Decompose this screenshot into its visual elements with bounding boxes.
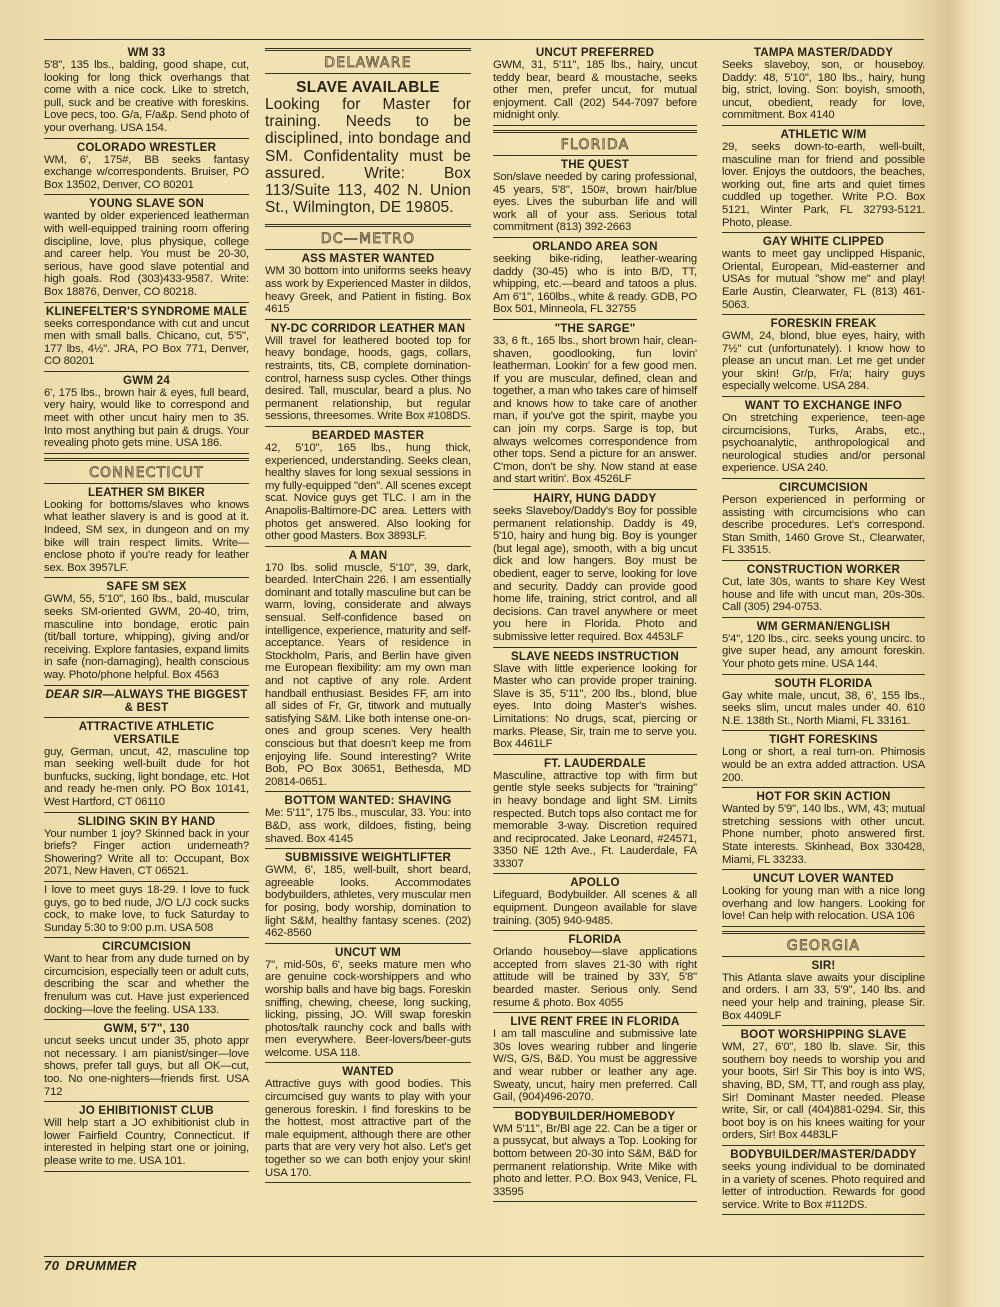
ad-body: Gay white male, uncut, 38, 6', 155 lbs.,… xyxy=(722,690,925,728)
column-1: WM 335'8", 135 lbs., balding, good shape… xyxy=(44,44,249,1172)
state-name: CONNECTICUT xyxy=(89,465,204,481)
top-rule xyxy=(44,39,924,40)
ad-title: GWM 24 xyxy=(44,374,249,387)
ad-body: GWM, 24, blond, blue eyes, hairy, with 7… xyxy=(722,330,925,393)
ad-body: Orlando houseboy—slave applications acce… xyxy=(493,946,697,1009)
ad-title: LEATHER SM BIKER xyxy=(44,486,249,499)
state-name: DC—METRO xyxy=(321,231,415,247)
classified-ad: FLORIDAOrlando houseboy—slave applicatio… xyxy=(493,931,697,1013)
ad-body: 5'4", 120 lbs., circ. seeks young uncirc… xyxy=(722,633,925,671)
classified-ad: "THE SARGE"33, 6 ft., 165 lbs., short br… xyxy=(493,320,697,490)
ad-title: HOT FOR SKIN ACTION xyxy=(722,790,925,803)
ad-body: wants to meet gay unclipped Hispanic, Or… xyxy=(722,248,925,311)
classified-ad: SUBMISSIVE WEIGHTLIFTERGWM, 6', 185, wel… xyxy=(265,849,471,944)
ad-title: GAY WHITE CLIPPED xyxy=(722,235,925,248)
ad-title-italic: DEAR SIR xyxy=(45,688,102,701)
classified-ad: UNCUT PREFERREDGWM, 31, 5'11", 185 lbs.,… xyxy=(493,44,697,126)
ad-title: FLORIDA xyxy=(493,933,697,946)
ad-body: seeking bike-riding, leather-wearing dad… xyxy=(493,253,697,316)
classified-ad: A MAN170 lbs. solid muscle, 5'10", 39, d… xyxy=(265,547,471,793)
ad-body: Person experienced in performing or assi… xyxy=(722,494,925,557)
ad-body: Looking for bottoms/slaves who knows wha… xyxy=(44,499,249,575)
ad-title: SUBMISSIVE WEIGHTLIFTER xyxy=(265,851,471,864)
classified-ad: UNCUT WM7", mid-50s, 6', seeks mature me… xyxy=(265,944,471,1064)
ad-body: seeks Slaveboy/Daddy's Boy for possible … xyxy=(493,505,697,644)
ad-body: Me: 5'11", 175 lbs., muscular, 33. You: … xyxy=(265,807,471,845)
ad-body: 7", mid-50s, 6', seeks mature men who ar… xyxy=(265,959,471,1060)
classified-ad: GWM 246', 175 lbs., brown hair & eyes, f… xyxy=(44,372,249,454)
ad-title: SIR! xyxy=(722,959,925,972)
ad-body: Cut, late 30s, wants to share Key West h… xyxy=(722,576,925,614)
state-name: GEORGIA xyxy=(787,938,860,954)
ad-title-rest: —ALWAYS THE BIGGEST & BEST xyxy=(102,688,247,714)
ad-title: ORLANDO AREA SON xyxy=(493,240,697,253)
ad-title: THE QUEST xyxy=(493,158,697,171)
classified-ad: I love to meet guys 18-29. I love to fuc… xyxy=(44,882,249,938)
featured-ad: SLAVE AVAILABLELooking for Master for tr… xyxy=(265,74,471,220)
ad-body: I love to meet guys 18-29. I love to fuc… xyxy=(44,884,249,934)
state-name: DELAWARE xyxy=(324,55,411,71)
classified-ad: NY-DC CORRIDOR LEATHER MANWill travel fo… xyxy=(265,320,471,427)
ad-title: SOUTH FLORIDA xyxy=(722,677,925,690)
ad-title: UNCUT WM xyxy=(265,946,471,959)
classified-ad: LIVE RENT FREE IN FLORIDAI am tall mascu… xyxy=(493,1013,697,1108)
ad-title: BODYBUILDER/MASTER/DADDY xyxy=(722,1148,925,1161)
classified-ad: KLINEFELTER'S SYNDROME MALEseeks corresp… xyxy=(44,303,249,372)
magazine-page: WM 335'8", 135 lbs., balding, good shape… xyxy=(0,0,1000,1307)
ad-body: seeks young individual to be dominated i… xyxy=(722,1161,925,1211)
ad-body: Looking for young man with a nice long o… xyxy=(722,885,925,923)
ad-body: On stretching experience, teen-age circu… xyxy=(722,412,925,475)
ad-title: LIVE RENT FREE IN FLORIDA xyxy=(493,1015,697,1028)
ad-title: GWM, 5'7", 130 xyxy=(44,1022,249,1035)
footer-rule xyxy=(44,1256,924,1257)
classified-ad: HAIRY, HUNG DADDYseeks Slaveboy/Daddy's … xyxy=(493,490,697,648)
ad-title: COLORADO WRESTLER xyxy=(44,141,249,154)
state-section-header: GEORGIA xyxy=(722,931,925,957)
ad-body: Your number 1 joy? Skinned back in your … xyxy=(44,828,249,878)
ad-title: DEAR SIR—ALWAYS THE BIGGEST & BEST xyxy=(44,688,249,714)
classified-ad: TAMPA MASTER/DADDYSeeks slaveboy, son, o… xyxy=(722,44,925,126)
ad-body: WM 5'11", Br/Bl age 22. Can be a tiger o… xyxy=(493,1123,697,1199)
ad-body: Lifeguard, Bodybuilder. All scenes & all… xyxy=(493,889,697,927)
magazine-name: DRUMMER xyxy=(65,1258,136,1273)
state-section-header: CONNECTICUT xyxy=(44,458,249,484)
classified-ad: COLORADO WRESTLERWM, 6', 175#, BB seeks … xyxy=(44,139,249,196)
classified-ad: SIR!This Atlanta slave awaits your disci… xyxy=(722,957,925,1026)
ad-title: BOOT WORSHIPPING SLAVE xyxy=(722,1028,925,1041)
ad-body: 5'8", 135 lbs., balding, good shape, cut… xyxy=(44,59,249,135)
ad-title: TAMPA MASTER/DADDY xyxy=(722,46,925,59)
ad-body: Want to hear from any dude turned on by … xyxy=(44,953,249,1016)
classified-ad: BOOT WORSHIPPING SLAVEWM, 27, 6'0", 180 … xyxy=(722,1026,925,1146)
classified-ad: WANT TO EXCHANGE INFOOn stretching exper… xyxy=(722,397,925,479)
classified-ad: CIRCUMCISIONWant to hear from any dude t… xyxy=(44,938,249,1020)
ad-body: Wanted by 5'9", 140 lbs., WM, 43; mutual… xyxy=(722,803,925,866)
state-section-header: FLORIDA xyxy=(493,130,697,156)
ad-body: GWM, 55, 5'10", 160 lbs., bald, muscular… xyxy=(44,593,249,681)
classified-ad: WANTEDAttractive guys with good bodies. … xyxy=(265,1063,471,1183)
ad-title: FORESKIN FREAK xyxy=(722,317,925,330)
ad-title: TIGHT FORESKINS xyxy=(722,733,925,746)
classified-ad: ATHLETIC W/M29, seeks down-to-earth, wel… xyxy=(722,126,925,233)
ad-title: SLAVE NEEDS INSTRUCTION xyxy=(493,650,697,663)
classified-ad: HOT FOR SKIN ACTIONWanted by 5'9", 140 l… xyxy=(722,788,925,870)
classified-ad: GAY WHITE CLIPPEDwants to meet gay uncli… xyxy=(722,233,925,315)
classified-ad: YOUNG SLAVE SONwanted by older experienc… xyxy=(44,195,249,302)
ad-title: UNCUT LOVER WANTED xyxy=(722,872,925,885)
classified-ad: ORLANDO AREA SONseeking bike-riding, lea… xyxy=(493,238,697,320)
classified-ad: SLIDING SKIN BY HANDYour number 1 joy? S… xyxy=(44,813,249,882)
classified-ad: ASS MASTER WANTEDWM 30 bottom into unifo… xyxy=(265,250,471,319)
ad-body: Will help start a JO exhibitionist club … xyxy=(44,1117,249,1167)
ad-body: WM 30 bottom into uniforms seeks heavy a… xyxy=(265,265,471,315)
ad-body: Son/slave needed by caring professional,… xyxy=(493,171,697,234)
ad-body: WM, 6', 175#, BB seeks fantasy exchange … xyxy=(44,154,249,192)
ad-title: SLIDING SKIN BY HAND xyxy=(44,815,249,828)
ad-body: Masculine, attractive top with firm but … xyxy=(493,770,697,871)
ad-body: Long or short, a real turn-on. Phimosis … xyxy=(722,746,925,784)
classified-ad: BODYBUILDER/HOMEBODYWM 5'11", Br/Bl age … xyxy=(493,1108,697,1203)
ad-title: FT. LAUDERDALE xyxy=(493,757,697,770)
ad-body: 42, 5'10", 165 lbs., hung thick, experie… xyxy=(265,442,471,543)
classified-ad: UNCUT LOVER WANTEDLooking for young man … xyxy=(722,870,925,927)
ad-title: A MAN xyxy=(265,549,471,562)
ad-title: ASS MASTER WANTED xyxy=(265,252,471,265)
classified-ad: SAFE SM SEXGWM, 55, 5'10", 160 lbs., bal… xyxy=(44,578,249,685)
state-section-header: DC—METRO xyxy=(265,224,471,250)
ad-title: WANT TO EXCHANGE INFO xyxy=(722,399,925,412)
classified-ad: TIGHT FORESKINSLong or short, a real tur… xyxy=(722,731,925,788)
column-3: UNCUT PREFERREDGWM, 31, 5'11", 185 lbs.,… xyxy=(493,44,697,1202)
classified-ad: SLAVE NEEDS INSTRUCTIONSlave with little… xyxy=(493,648,697,755)
classified-ad: LEATHER SM BIKERLooking for bottoms/slav… xyxy=(44,484,249,579)
ad-title: WM 33 xyxy=(44,46,249,59)
ad-title: WM GERMAN/ENGLISH xyxy=(722,620,925,633)
ad-title: JO EHIBITIONIST CLUB xyxy=(44,1104,249,1117)
ad-body: GWM, 6', 185, well-built, short beard, a… xyxy=(265,864,471,940)
ad-body: Looking for Master for training. Needs t… xyxy=(265,96,471,216)
classified-ad: CIRCUMCISIONPerson experienced in perfor… xyxy=(722,479,925,561)
ad-body: GWM, 31, 5'11", 185 lbs., hairy, uncut t… xyxy=(493,59,697,122)
classified-ad: DEAR SIR—ALWAYS THE BIGGEST & BEST xyxy=(44,686,249,718)
ad-body: Attractive guys with good bodies. This c… xyxy=(265,1078,471,1179)
ad-title: CONSTRUCTION WORKER xyxy=(722,563,925,576)
column-4: TAMPA MASTER/DADDYSeeks slaveboy, son, o… xyxy=(722,44,925,1215)
ad-body: Will travel for leathered booted top for… xyxy=(265,335,471,423)
classified-ad: BOTTOM WANTED: SHAVINGMe: 5'11", 175 lbs… xyxy=(265,792,471,849)
ad-body: uncut seeks uncut under 35, photo appr n… xyxy=(44,1035,249,1098)
classified-ad: SOUTH FLORIDAGay white male, uncut, 38, … xyxy=(722,675,925,732)
classified-ad: ATTRACTIVE ATHLETIC VERSATILEguy, German… xyxy=(44,718,249,813)
page-folio: 70DRUMMER xyxy=(44,1258,137,1273)
classified-ad: THE QUESTSon/slave needed by caring prof… xyxy=(493,156,697,238)
ad-body: I am tall masculine and submissive late … xyxy=(493,1028,697,1104)
ad-title: APOLLO xyxy=(493,876,697,889)
classified-ad: FT. LAUDERDALEMasculine, attractive top … xyxy=(493,755,697,875)
page-number: 70 xyxy=(44,1258,59,1273)
classified-ad: BEARDED MASTER42, 5'10", 165 lbs., hung … xyxy=(265,427,471,547)
ad-title: CIRCUMCISION xyxy=(722,481,925,494)
classified-ad: FORESKIN FREAKGWM, 24, blond, blue eyes,… xyxy=(722,315,925,397)
ad-title: SLAVE AVAILABLE xyxy=(265,79,471,96)
ad-body: WM, 27, 6'0", 180 lb. slave. Sir, this s… xyxy=(722,1041,925,1142)
state-name: FLORIDA xyxy=(561,137,630,153)
ad-body: Slave with little experience looking for… xyxy=(493,663,697,751)
ad-title: SAFE SM SEX xyxy=(44,580,249,593)
ad-title: HAIRY, HUNG DADDY xyxy=(493,492,697,505)
classified-ad: APOLLOLifeguard, Bodybuilder. All scenes… xyxy=(493,874,697,931)
ad-body: 170 lbs. solid muscle, 5'10", 39, dark, … xyxy=(265,562,471,789)
ad-title: BODYBUILDER/HOMEBODY xyxy=(493,1110,697,1123)
classified-ad: WM 335'8", 135 lbs., balding, good shape… xyxy=(44,44,249,139)
ad-body: 33, 6 ft., 165 lbs., short brown hair, c… xyxy=(493,335,697,486)
classified-ad: WM GERMAN/ENGLISH5'4", 120 lbs., circ. s… xyxy=(722,618,925,675)
ad-body: wanted by older experienced leatherman w… xyxy=(44,210,249,298)
ad-title: UNCUT PREFERRED xyxy=(493,46,697,59)
ad-title: BEARDED MASTER xyxy=(265,429,471,442)
ad-title: CIRCUMCISION xyxy=(44,940,249,953)
classified-ad: BODYBUILDER/MASTER/DADDYseeks young indi… xyxy=(722,1146,925,1215)
column-2: DELAWARESLAVE AVAILABLELooking for Maste… xyxy=(265,44,471,1183)
ad-body: Seeks slaveboy, son, or houseboy. Daddy:… xyxy=(722,59,925,122)
classified-ad: CONSTRUCTION WORKERCut, late 30s, wants … xyxy=(722,561,925,618)
ad-title: ATTRACTIVE ATHLETIC VERSATILE xyxy=(44,720,249,746)
ad-title: KLINEFELTER'S SYNDROME MALE xyxy=(44,305,249,318)
ad-title: YOUNG SLAVE SON xyxy=(44,197,249,210)
ad-body: 29, seeks down-to-earth, well-built, mas… xyxy=(722,141,925,229)
ad-body: 6', 175 lbs., brown hair & eyes, full be… xyxy=(44,387,249,450)
classified-ad: JO EHIBITIONIST CLUBWill help start a JO… xyxy=(44,1102,249,1171)
ad-title: BOTTOM WANTED: SHAVING xyxy=(265,794,471,807)
ad-body: This Atlanta slave awaits your disciplin… xyxy=(722,972,925,1022)
ad-title: "THE SARGE" xyxy=(493,322,697,335)
ad-body: guy, German, uncut, 42, masculine top ma… xyxy=(44,746,249,809)
ad-body: seeks correspondance with cut and uncut … xyxy=(44,318,249,368)
ad-title: WANTED xyxy=(265,1065,471,1078)
state-section-header: DELAWARE xyxy=(265,48,471,74)
ad-title: ATHLETIC W/M xyxy=(722,128,925,141)
ad-title: NY-DC CORRIDOR LEATHER MAN xyxy=(265,322,471,335)
classified-ad: GWM, 5'7", 130uncut seeks uncut under 35… xyxy=(44,1020,249,1102)
